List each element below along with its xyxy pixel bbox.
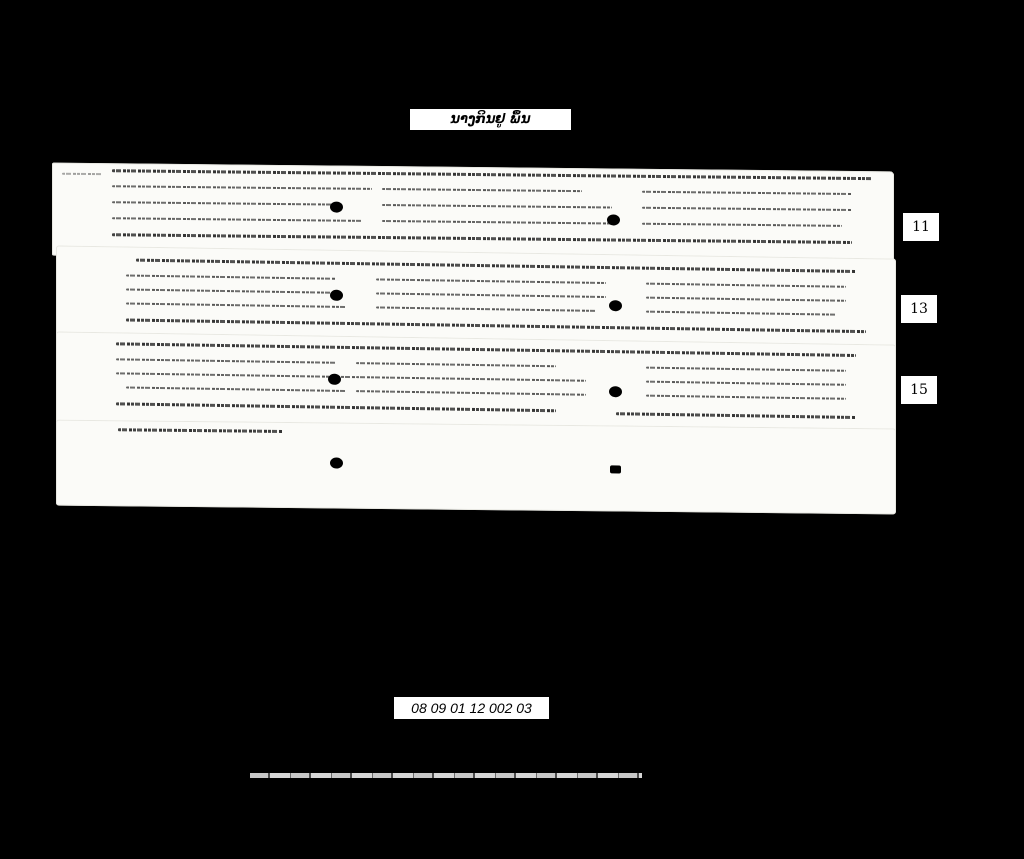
scale-ruler [250, 773, 642, 778]
string-hole [607, 214, 620, 225]
string-hole [328, 374, 341, 385]
palm-leaf-4 [56, 420, 896, 515]
string-hole [330, 202, 343, 213]
document-identifier-label: 08 09 01 12 002 03 [394, 697, 549, 719]
string-hole [330, 457, 343, 468]
page-number-label: 11 [903, 213, 939, 241]
string-hole [609, 300, 622, 311]
page-number-label: 15 [901, 376, 937, 404]
string-hole [610, 465, 621, 473]
string-hole [330, 290, 343, 301]
string-hole [609, 386, 622, 397]
page-number-label: 13 [901, 295, 937, 323]
manuscript-title-label: ນາງກິນຢູ ພຶ້ນ [410, 109, 571, 130]
